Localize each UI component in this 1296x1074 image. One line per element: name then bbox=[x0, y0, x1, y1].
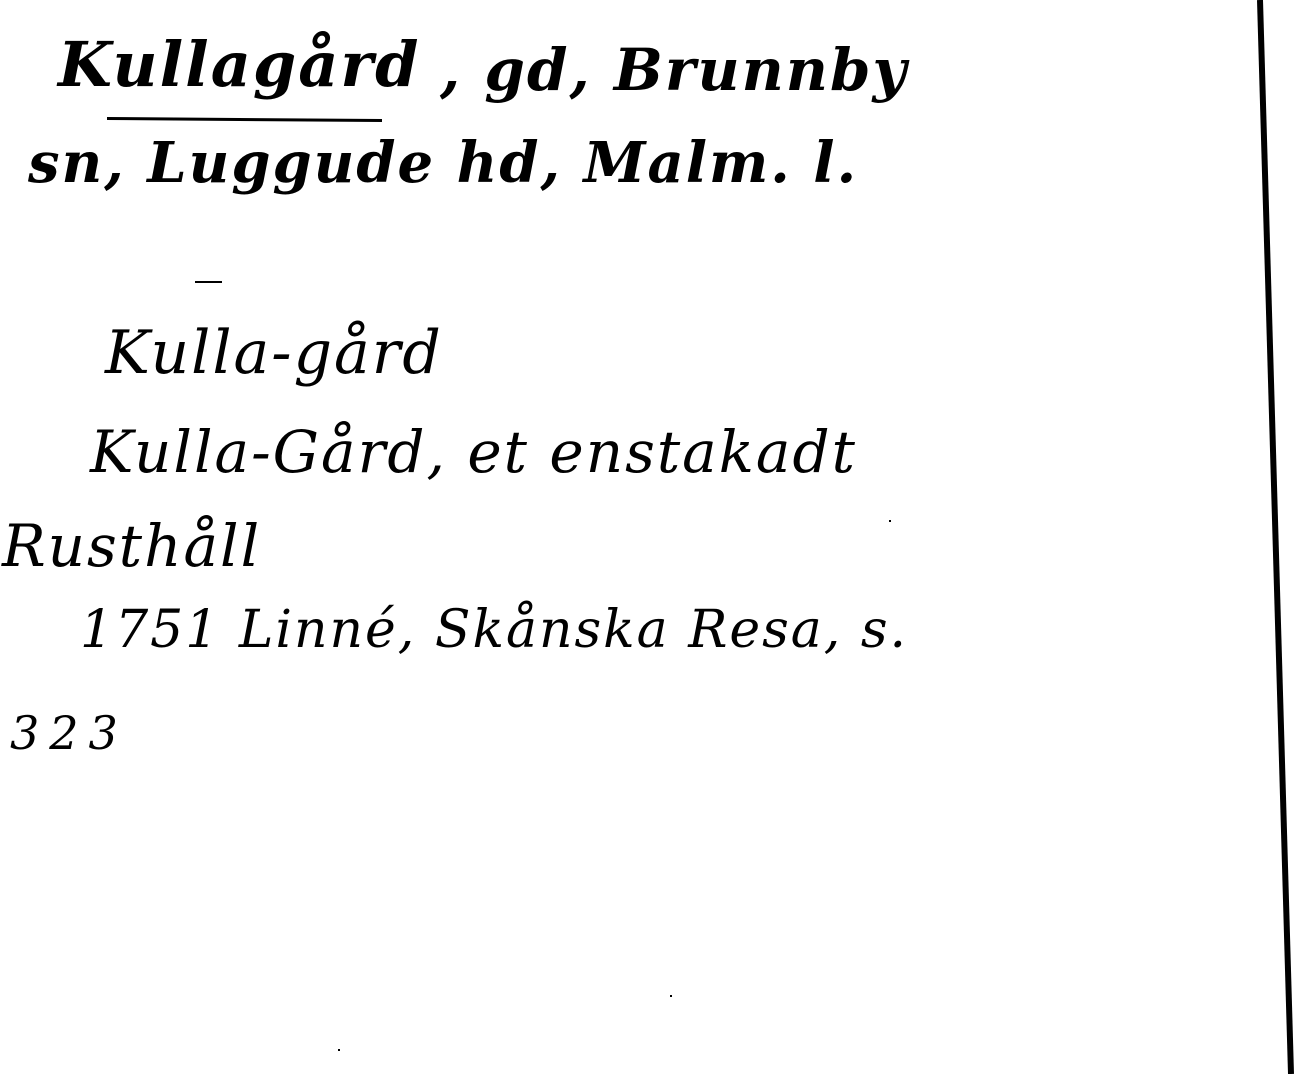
card-form-1: Kulla-gård bbox=[105, 318, 443, 388]
card-source-citation: 1751 Linné, Skånska Resa, s. bbox=[80, 600, 908, 660]
scan-speck bbox=[338, 1049, 340, 1051]
card-line1-rest: , gd, Brunnby bbox=[440, 36, 908, 104]
card-headword: Kullagård bbox=[58, 28, 420, 101]
card-line2-location: sn, Luggude hd, Malm. l. bbox=[28, 130, 858, 196]
separator-dash bbox=[195, 281, 222, 283]
card-form-2-continued: Rusthåll bbox=[2, 512, 261, 580]
scan-speck bbox=[889, 520, 891, 522]
card-page-number: 323 bbox=[10, 706, 128, 760]
index-card: Kullagård , gd, Brunnby sn, Luggude hd, … bbox=[0, 0, 1296, 1074]
card-form-2: Kulla-Gård, et enstakadt bbox=[90, 418, 857, 486]
headword-underline bbox=[107, 117, 382, 122]
scan-speck bbox=[670, 995, 672, 997]
